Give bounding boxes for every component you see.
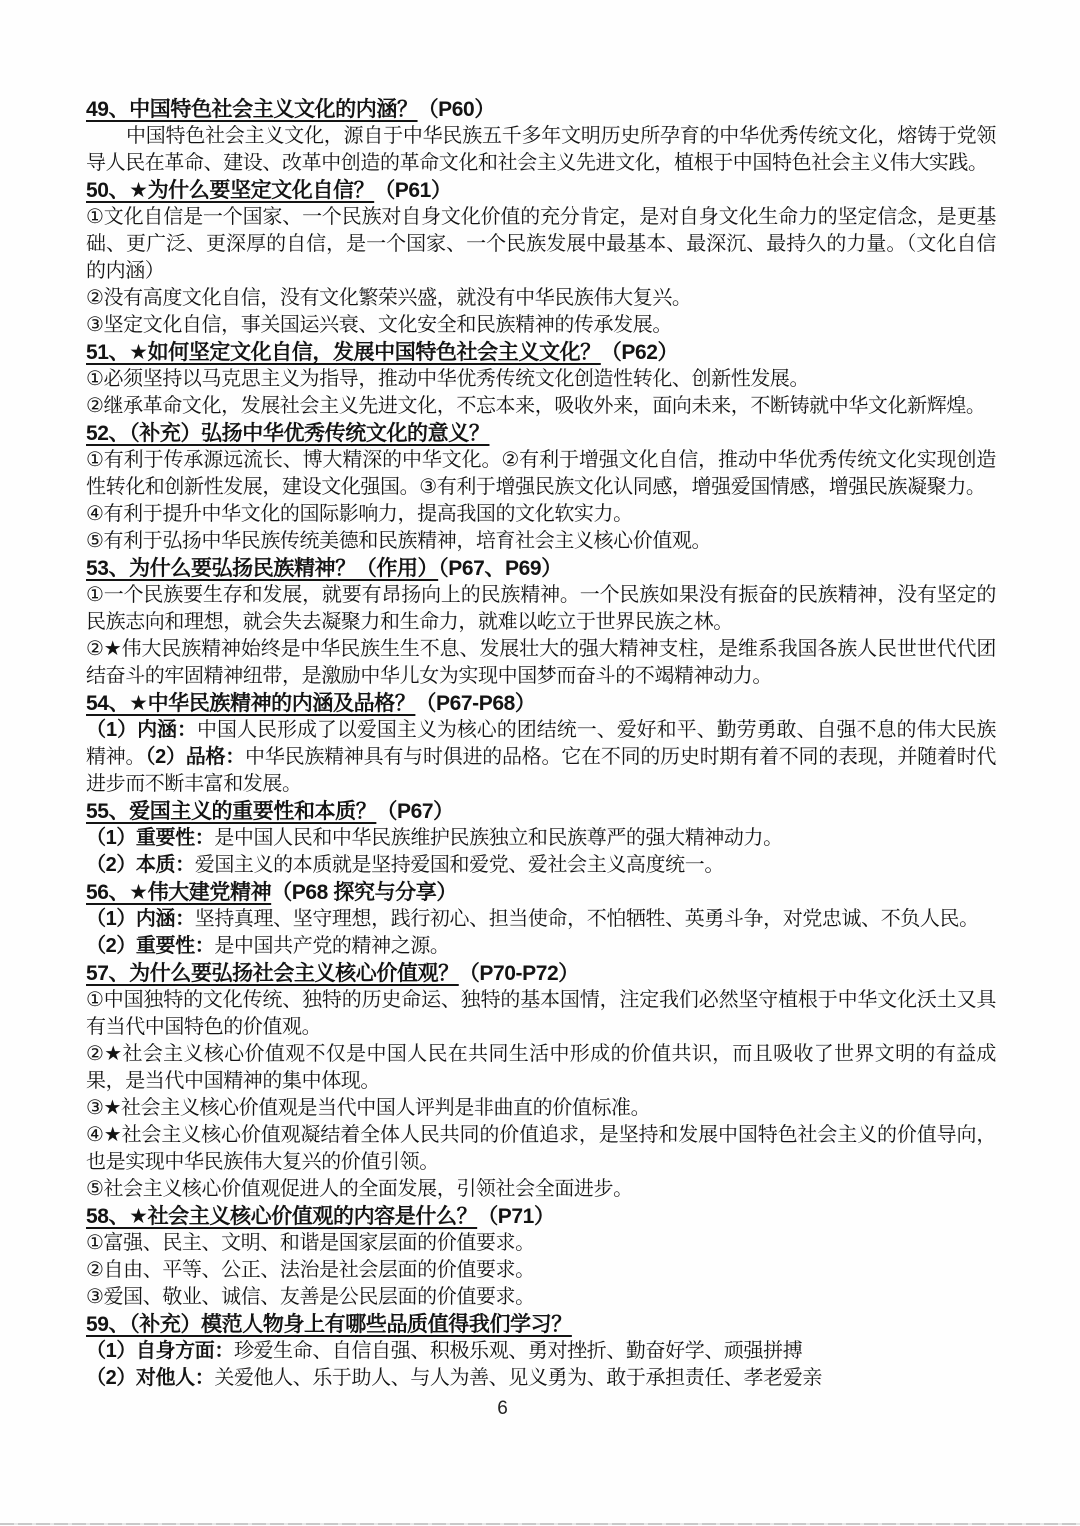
- qa-section: 56、★伟大建党精神（P68 探究与分享）（1）内涵：坚持真理、坚守理想，践行初…: [86, 879, 996, 960]
- answer-text-run: （2）对他人：: [86, 1367, 214, 1389]
- question-heading: 53、为什么要弘扬民族精神？（作用）（P67、P69）: [86, 555, 996, 582]
- answer-text-run: ③坚定文化自信，事关国运兴衰、文化安全和民族精神的传承发展。: [86, 314, 672, 336]
- page-number: 6: [0, 1398, 1005, 1420]
- answer-paragraph: ②没有高度文化自信，没有文化繁荣兴盛，就没有中华民族伟大复兴。: [86, 285, 996, 312]
- qa-section: 50、★为什么要坚定文化自信？（P61）①文化自信是一个国家、一个民族对自身文化…: [86, 177, 996, 339]
- answer-paragraph: 中国特色社会主义文化，源自于中华民族五千多年文明历史所孕育的中华优秀传统文化，熔…: [86, 123, 996, 177]
- answer-text-run: ①有利于传承源远流长、博大精深的中华文化。②有利于增强文化自信，推动中华优秀传统…: [86, 449, 996, 498]
- sections: 49、中国特色社会主义文化的内涵？（P60）中国特色社会主义文化，源自于中华民族…: [86, 96, 996, 1392]
- answer-paragraph: ③★社会主义核心价值观是当代中国人评判是非曲直的价值标准。: [86, 1095, 996, 1122]
- answer-paragraph: （1）内涵：坚持真理、坚守理想，践行初心、担当使命，不怕牺牲、英勇斗争，对党忠诚…: [86, 906, 996, 933]
- answer-text-run: ①富强、民主、文明、和谐是国家层面的价值要求。: [86, 1232, 535, 1254]
- answer-text-run: ②★伟大民族精神始终是中华民族生生不息、发展壮大的强大精神支柱，是维系我国各族人…: [86, 638, 996, 687]
- question-heading: 56、★伟大建党精神（P68 探究与分享）: [86, 879, 996, 906]
- page-reference: （P68 探究与分享）: [271, 881, 457, 904]
- answer-text-run: ①文化自信是一个国家、一个民族对自身文化价值的充分肯定，是对自身文化生命力的坚定…: [86, 206, 996, 282]
- answer-text-run: ⑤有利于弘扬中华民族传统美德和民族精神，培育社会主义核心价值观。: [86, 530, 711, 552]
- question-title: 58、★社会主义核心价值观的内容是什么？: [86, 1205, 477, 1228]
- answer-text-run: ④有利于提升中华文化的国际影响力，提高我国的文化软实力。: [86, 503, 633, 525]
- page-reference: （P67、P69）: [438, 557, 562, 580]
- answer-paragraph: ②继承革命文化，发展社会主义先进文化，不忘本来，吸收外来，面向未来，不断铸就中华…: [86, 393, 996, 420]
- answer-paragraph: （2）重要性：是中国共产党的精神之源。: [86, 933, 996, 960]
- answer-text-run: ②自由、平等、公正、法治是社会层面的价值要求。: [86, 1259, 535, 1281]
- answer-paragraph: ③坚定文化自信，事关国运兴衰、文化安全和民族精神的传承发展。: [86, 312, 996, 339]
- question-heading: 55、爱国主义的重要性和本质？（P67）: [86, 798, 996, 825]
- answer-paragraph: ①有利于传承源远流长、博大精深的中华文化。②有利于增强文化自信，推动中华优秀传统…: [86, 447, 996, 501]
- qa-section: 52、（补充）弘扬中华优秀传统文化的意义？①有利于传承源远流长、博大精深的中华文…: [86, 420, 996, 555]
- qa-section: 53、为什么要弘扬民族精神？（作用）（P67、P69）①一个民族要生存和发展，就…: [86, 555, 996, 690]
- page-reference: （P60）: [418, 98, 495, 121]
- answer-paragraph: ⑤有利于弘扬中华民族传统美德和民族精神，培育社会主义核心价值观。: [86, 528, 996, 555]
- answer-text-run: 是中国共产党的精神之源。: [214, 935, 449, 957]
- answer-paragraph: （2）本质：爱国主义的本质就是坚持爱国和爱党、爱社会主义高度统一。: [86, 852, 996, 879]
- answer-paragraph: （1）自身方面：珍爱生命、自信自强、积极乐观、勇对挫折、勤奋好学、顽强拼搏: [86, 1338, 996, 1365]
- qa-section: 57、为什么要弘扬社会主义核心价值观？（P70-P72）①中国独特的文化传统、独…: [86, 960, 996, 1203]
- question-title: 51、★如何坚定文化自信，发展中国特色社会主义文化？: [86, 341, 601, 364]
- answer-text-run: （1）重要性：: [86, 827, 214, 849]
- answer-text-run: 珍爱生命、自信自强、积极乐观、勇对挫折、勤奋好学、顽强拼搏: [234, 1340, 802, 1362]
- question-heading: 59、（补充）模范人物身上有哪些品质值得我们学习？: [86, 1311, 996, 1338]
- question-heading: 50、★为什么要坚定文化自信？（P61）: [86, 177, 996, 204]
- page-reference: （P62）: [601, 341, 678, 364]
- answer-text-run: ②继承革命文化，发展社会主义先进文化，不忘本来，吸收外来，面向未来，不断铸就中华…: [86, 395, 986, 417]
- page-reference: （P61）: [374, 179, 451, 202]
- answer-paragraph: （1）重要性：是中国人民和中华民族维护民族独立和民族尊严的强大精神动力。: [86, 825, 996, 852]
- question-heading: 58、★社会主义核心价值观的内容是什么？（P71）: [86, 1203, 996, 1230]
- answer-text-run: ②没有高度文化自信，没有文化繁荣兴盛，就没有中华民族伟大复兴。: [86, 287, 692, 309]
- qa-section: 55、爱国主义的重要性和本质？（P67）（1）重要性：是中国人民和中华民族维护民…: [86, 798, 996, 879]
- answer-text-run: ②★社会主义核心价值观不仅是中国人民在共同生活中形成的价值共识，而且吸收了世界文…: [86, 1043, 996, 1092]
- question-heading: 51、★如何坚定文化自信，发展中国特色社会主义文化？（P62）: [86, 339, 996, 366]
- answer-paragraph: ①文化自信是一个国家、一个民族对自身文化价值的充分肯定，是对自身文化生命力的坚定…: [86, 204, 996, 285]
- answer-text-run: ⑤社会主义核心价值观促进人的全面发展，引领社会全面进步。: [86, 1178, 633, 1200]
- answer-text-run: ①中国独特的文化传统、独特的历史命运、独特的基本国情，注定我们必然坚守植根于中华…: [86, 989, 996, 1038]
- qa-section: 58、★社会主义核心价值观的内容是什么？（P71）①富强、民主、文明、和谐是国家…: [86, 1203, 996, 1311]
- answer-paragraph: ④有利于提升中华文化的国际影响力，提高我国的文化软实力。: [86, 501, 996, 528]
- qa-section: 51、★如何坚定文化自信，发展中国特色社会主义文化？（P62）①必须坚持以马克思…: [86, 339, 996, 420]
- answer-text-run: ①必须坚持以马克思主义为指导，推动中华优秀传统文化创造性转化、创新性发展。: [86, 368, 809, 390]
- question-title: 56、★伟大建党精神: [86, 881, 271, 904]
- page-reference: （P67）: [376, 800, 453, 823]
- question-title: 59、（补充）模范人物身上有哪些品质值得我们学习？: [86, 1313, 572, 1336]
- answer-paragraph: ①一个民族要生存和发展，就要有昂扬向上的民族精神。一个民族如果没有振奋的民族精神…: [86, 582, 996, 636]
- question-heading: 52、（补充）弘扬中华优秀传统文化的意义？: [86, 420, 996, 447]
- qa-section: 54、★中华民族精神的内涵及品格？（P67-P68）（1）内涵：中国人民形成了以…: [86, 690, 996, 798]
- qa-section: 49、中国特色社会主义文化的内涵？（P60）中国特色社会主义文化，源自于中华民族…: [86, 96, 996, 177]
- page-reference: （P71）: [477, 1205, 554, 1228]
- answer-text-run: 坚持真理、坚守理想，践行初心、担当使命，不怕牺牲、英勇斗争，对党忠诚、不负人民。: [195, 908, 979, 930]
- question-title: 55、爱国主义的重要性和本质？: [86, 800, 376, 823]
- answer-paragraph: ②★社会主义核心价值观不仅是中国人民在共同生活中形成的价值共识，而且吸收了世界文…: [86, 1041, 996, 1095]
- answer-text-run: （1）自身方面：: [86, 1340, 234, 1362]
- answer-paragraph: ①必须坚持以马克思主义为指导，推动中华优秀传统文化创造性转化、创新性发展。: [86, 366, 996, 393]
- qa-section: 59、（补充）模范人物身上有哪些品质值得我们学习？（1）自身方面：珍爱生命、自信…: [86, 1311, 996, 1392]
- answer-paragraph: （2）对他人：关爱他人、乐于助人、与人为善、见义勇为、敢于承担责任、孝老爱亲: [86, 1365, 996, 1392]
- question-title: 50、★为什么要坚定文化自信？: [86, 179, 374, 202]
- answer-paragraph: ②自由、平等、公正、法治是社会层面的价值要求。: [86, 1257, 996, 1284]
- question-heading: 57、为什么要弘扬社会主义核心价值观？（P70-P72）: [86, 960, 996, 987]
- answer-text-run: （2）品格：: [145, 746, 245, 768]
- answer-paragraph: （1）内涵：中国人民形成了以爱国主义为核心的团结统一、爱好和平、勤劳勇敢、自强不…: [86, 717, 996, 798]
- document-page: 49、中国特色社会主义文化的内涵？（P60）中国特色社会主义文化，源自于中华民族…: [0, 0, 1080, 1526]
- answer-paragraph: ③爱国、敬业、诚信、友善是公民层面的价值要求。: [86, 1284, 996, 1311]
- answer-text-run: 爱国主义的本质就是坚持爱国和爱党、爱社会主义高度统一。: [195, 854, 724, 876]
- question-title: 49、中国特色社会主义文化的内涵？: [86, 98, 418, 121]
- next-page-edge-divider: [0, 1523, 1080, 1525]
- answer-text-run: 是中国人民和中华民族维护民族独立和民族尊严的强大精神动力。: [214, 827, 782, 849]
- question-title: 53、为什么要弘扬民族精神？（作用）: [86, 557, 438, 580]
- answer-text-run: ③★社会主义核心价值观是当代中国人评判是非曲直的价值标准。: [86, 1097, 650, 1119]
- answer-paragraph: ①富强、民主、文明、和谐是国家层面的价值要求。: [86, 1230, 996, 1257]
- answer-text-run: ①一个民族要生存和发展，就要有昂扬向上的民族精神。一个民族如果没有振奋的民族精神…: [86, 584, 996, 633]
- answer-text-run: 中国特色社会主义文化，源自于中华民族五千多年文明历史所孕育的中华优秀传统文化，熔…: [86, 125, 996, 174]
- answer-paragraph: ④★社会主义核心价值观凝结着全体人民共同的价值追求，是坚持和发展中国特色社会主义…: [86, 1122, 996, 1176]
- question-heading: 49、中国特色社会主义文化的内涵？（P60）: [86, 96, 996, 123]
- answer-paragraph: ⑤社会主义核心价值观促进人的全面发展，引领社会全面进步。: [86, 1176, 996, 1203]
- answer-text-run: （1）内涵：: [86, 908, 195, 930]
- question-heading: 54、★中华民族精神的内涵及品格？（P67-P68）: [86, 690, 996, 717]
- answer-text-run: ④★社会主义核心价值观凝结着全体人民共同的价值追求，是坚持和发展中国特色社会主义…: [86, 1124, 996, 1173]
- question-title: 52、（补充）弘扬中华优秀传统文化的意义？: [86, 422, 489, 445]
- question-title: 57、为什么要弘扬社会主义核心价值观？: [86, 962, 459, 985]
- answer-text-run: （2）本质：: [86, 854, 195, 876]
- answer-paragraph: ①中国独特的文化传统、独特的历史命运、独特的基本国情，注定我们必然坚守植根于中华…: [86, 987, 996, 1041]
- page-reference: （P67-P68）: [415, 692, 535, 715]
- page-reference: （P70-P72）: [459, 962, 579, 985]
- answer-text-run: （2）重要性：: [86, 935, 214, 957]
- answer-text-run: 关爱他人、乐于助人、与人为善、见义勇为、敢于承担责任、孝老爱亲: [214, 1367, 822, 1389]
- question-title: 54、★中华民族精神的内涵及品格？: [86, 692, 415, 715]
- answer-text-run: ③爱国、敬业、诚信、友善是公民层面的价值要求。: [86, 1286, 535, 1308]
- answer-paragraph: ②★伟大民族精神始终是中华民族生生不息、发展壮大的强大精神支柱，是维系我国各族人…: [86, 636, 996, 690]
- answer-text-run: （1）内涵：: [86, 719, 197, 741]
